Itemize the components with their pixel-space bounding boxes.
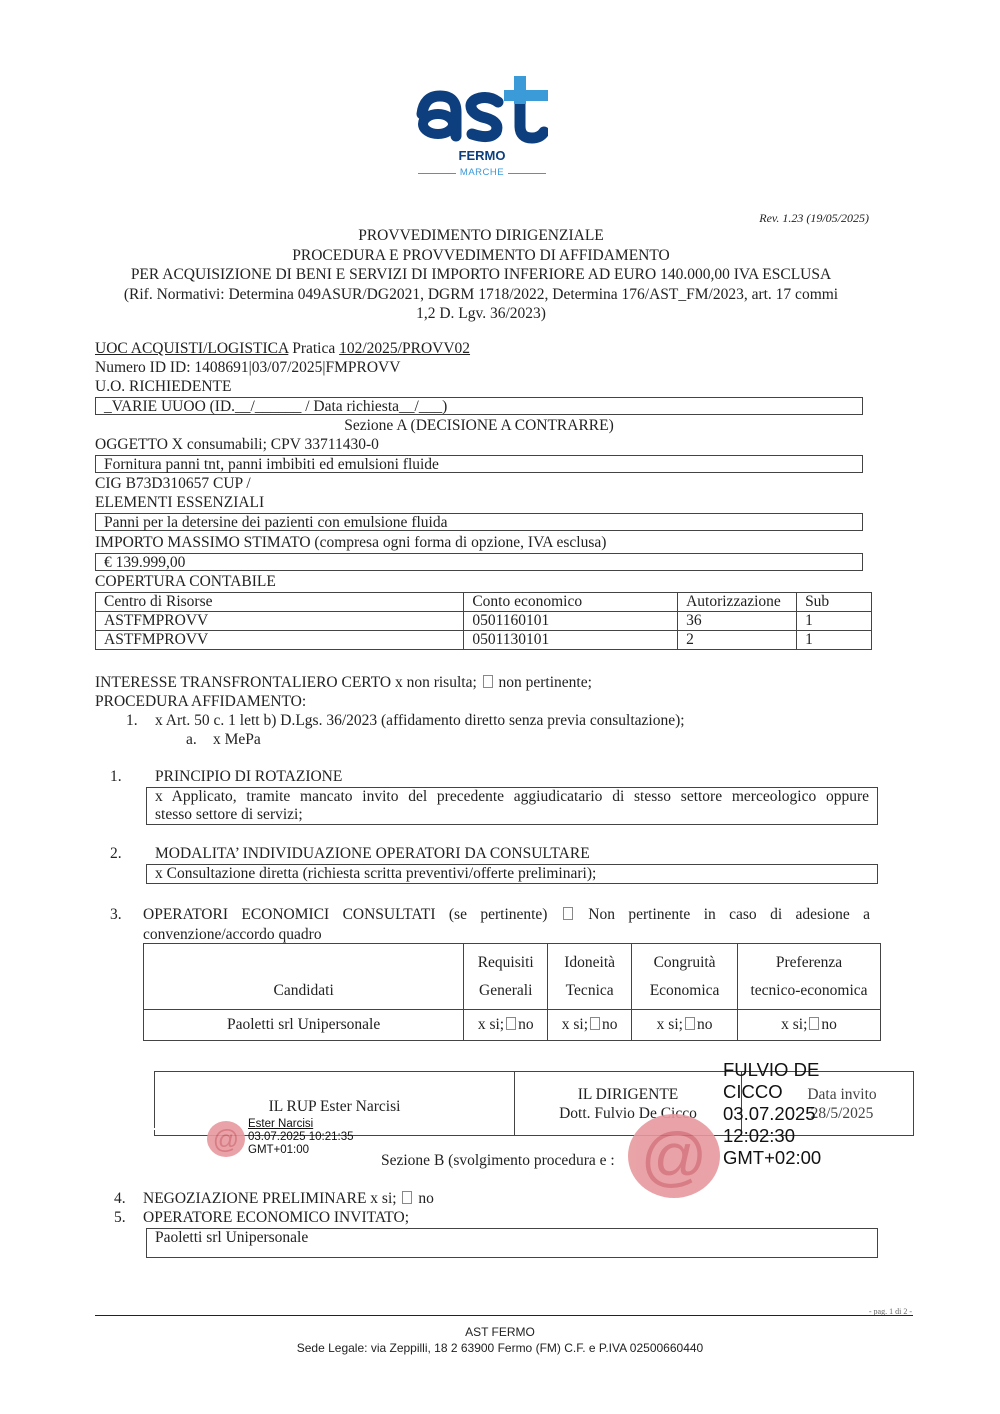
checkbox-icon <box>483 675 493 688</box>
uoc-pratica-line: UOC ACQUISTI/LOGISTICA Pratica 102/2025/… <box>95 340 470 358</box>
operatore-invitato-label: OPERATORE ECONOMICO INVITATO; <box>143 1209 409 1227</box>
pratica-label: Pratica <box>292 340 335 357</box>
checkbox-icon <box>402 1191 412 1204</box>
no-option: no <box>602 1016 618 1033</box>
rotazione-label: PRINCIPIO DI ROTAZIONE <box>155 768 342 786</box>
checkbox-icon <box>809 1017 819 1030</box>
cell: x si;no <box>632 1010 738 1041</box>
header-cell: Autorizzazione <box>678 593 797 612</box>
procedura-sub-num: a. <box>186 731 197 749</box>
cell: x si;no <box>464 1010 548 1041</box>
operatore-invitato-num: 5. <box>114 1209 126 1227</box>
negoziazione-text: NEGOZIAZIONE PRELIMINARE x si; <box>143 1190 397 1207</box>
header-text: Tecnica <box>556 977 623 1005</box>
candidato-cell: Paoletti srl Unipersonale <box>144 1010 464 1041</box>
footer-address: Sede Legale: via Zeppilli, 18 2 63900 Fe… <box>0 1340 1000 1356</box>
dirigente-title: IL DIRIGENTE <box>516 1085 740 1104</box>
rotazione-num: 1. <box>110 768 122 786</box>
uo-richiedente-label: U.O. RICHIEDENTE <box>95 378 231 396</box>
signature-timestamp: 03.07.2025 10:21:35 <box>248 1131 354 1144</box>
sezione-a-heading: Sezione A (DECISIONE A CONTRARRE) <box>95 417 863 435</box>
dirigente-digital-signature: FULVIO DE CICCO 03.07.2025 12:02:30 GMT+… <box>723 1059 821 1169</box>
title-line: PER ACQUISIZIONE DI BENI E SERVIZI DI IM… <box>95 265 867 285</box>
cell: ASTFMPROVV <box>96 612 464 631</box>
header-text: Requisiti <box>472 949 539 977</box>
cell: 1 <box>797 631 872 650</box>
checkbox-icon <box>506 1017 516 1030</box>
digital-seal-dirigente-icon: @ <box>628 1114 720 1198</box>
signer-name: Ester Narcisi <box>248 1118 354 1131</box>
rup-digital-signature: Ester Narcisi 03.07.2025 10:21:35 GMT+01… <box>248 1118 354 1157</box>
modalita-field: x Consultazione diretta (richiesta scrit… <box>146 864 878 884</box>
signature-date: 03.07.2025 <box>723 1103 821 1125</box>
cell: x si;no <box>738 1010 881 1041</box>
footer-divider <box>95 1315 913 1316</box>
cell: 1 <box>797 612 872 631</box>
negoziazione-option: no <box>418 1190 434 1207</box>
numero-id: Numero ID ID: 1408691|03/07/2025|FMPROVV <box>95 359 400 377</box>
logo-rule-right <box>508 173 546 174</box>
interesse-option: non pertinente; <box>499 674 592 691</box>
logo-city: FERMO <box>416 148 548 163</box>
title-line: 1,2 D. Lgv. 36/2023) <box>95 304 867 324</box>
checkbox-icon <box>685 1017 695 1030</box>
procedura-sub: x MePa <box>213 731 261 749</box>
operatori-label-text: OPERATORI ECONOMICI CONSULTATI (se perti… <box>143 906 547 923</box>
operatori-table: Candidati RequisitiGenerali IdoneitàTecn… <box>143 943 881 1041</box>
si-option: x si; <box>562 1016 588 1033</box>
cell: 0501130101 <box>464 631 678 650</box>
signature-time: 12:02:30 <box>723 1125 821 1147</box>
seal-symbol: @ <box>628 1114 720 1198</box>
oggetto-label: OGGETTO X consumabili; CPV 33711430-0 <box>95 436 379 454</box>
cell: 2 <box>678 631 797 650</box>
header-text: Idoneità <box>556 949 623 977</box>
no-option: no <box>697 1016 713 1033</box>
title-line: PROVVEDIMENTO DIRIGENZIALE <box>95 226 867 246</box>
negoziazione-num: 4. <box>114 1190 126 1208</box>
header-cell: Preferenzatecnico-economica <box>738 944 881 1010</box>
table-header-row: Candidati RequisitiGenerali IdoneitàTecn… <box>144 944 881 1010</box>
signer-name: CICCO <box>723 1081 821 1103</box>
modalita-num: 2. <box>110 845 122 863</box>
operatori-label-line2: convenzione/accordo quadro <box>143 926 322 944</box>
rotazione-text-2: stesso settore di servizi; <box>155 806 869 824</box>
digital-seal-rup-icon: @ <box>207 1121 245 1157</box>
header-cell: Candidati <box>144 944 464 1010</box>
si-option: x si; <box>657 1016 683 1033</box>
cig-line: CIG B73D310657 CUP / <box>95 475 251 493</box>
signature-timezone: GMT+02:00 <box>723 1147 821 1169</box>
operatori-label-suffix: Non pertinente in caso di adesione a <box>588 906 870 923</box>
procedura-item: x Art. 50 c. 1 lett b) D.Lgs. 36/2023 (a… <box>155 712 685 730</box>
cell: ASTFMPROVV <box>96 631 464 650</box>
no-option: no <box>821 1016 837 1033</box>
oggetto-field: Fornitura panni tnt, panni imbibiti ed e… <box>95 455 863 473</box>
header-text: Candidati <box>273 982 333 999</box>
header-text: Economica <box>640 977 729 1005</box>
checkbox-icon <box>563 907 573 920</box>
header-cell: Conto economico <box>464 593 678 612</box>
document-title: PROVVEDIMENTO DIRIGENZIALE PROCEDURA E P… <box>95 226 867 324</box>
table-row: ASTFMPROVV 0501160101 36 1 <box>96 612 872 631</box>
interesse-line: INTERESSE TRANSFRONTALIERO CERTO x non r… <box>95 674 592 692</box>
header-cell: Centro di Risorse <box>96 593 464 612</box>
table-gap <box>154 1128 204 1130</box>
header-cell: CongruitàEconomica <box>632 944 738 1010</box>
footer-org: AST FERMO <box>0 1324 1000 1340</box>
header-cell: Sub <box>797 593 872 612</box>
importo-field: € 139.999,00 <box>95 553 863 571</box>
si-option: x si; <box>478 1016 504 1033</box>
procedura-label: PROCEDURA AFFIDAMENTO: <box>95 693 306 711</box>
procedura-item-num: 1. <box>126 712 138 730</box>
header-text: tecnico-economica <box>746 977 872 1005</box>
header-text: Congruità <box>640 949 729 977</box>
si-option: x si; <box>781 1016 807 1033</box>
title-line: PROCEDURA E PROVVEDIMENTO DI AFFIDAMENTO <box>95 246 867 266</box>
operatori-label: OPERATORI ECONOMICI CONSULTATI (se perti… <box>143 906 870 924</box>
operatore-invitato-field: Paoletti srl Unipersonale <box>146 1228 878 1258</box>
ast-fermo-logo: FERMO MARCHE <box>416 76 548 182</box>
title-line: (Rif. Normativi: Determina 049ASUR/DG202… <box>95 285 867 305</box>
header-cell: RequisitiGenerali <box>464 944 548 1010</box>
uo-richiedente-field: _VARIE UUOO (ID.__/______ / Data richies… <box>95 397 863 415</box>
cell: x si;no <box>548 1010 632 1041</box>
rotazione-field: x Applicato, tramite mancato invito del … <box>146 787 878 825</box>
negoziazione-line: NEGOZIAZIONE PRELIMINARE x si; no <box>143 1190 434 1208</box>
checkbox-icon <box>590 1017 600 1030</box>
modalita-label: MODALITA’ INDIVIDUAZIONE OPERATORI DA CO… <box>155 845 590 863</box>
no-option: no <box>518 1016 534 1033</box>
importo-label: IMPORTO MASSIMO STIMATO (compresa ogni f… <box>95 534 606 552</box>
cell: 0501160101 <box>464 612 678 631</box>
sezione-b-heading: Sezione B (svolgimento procedura e : <box>381 1152 615 1170</box>
signer-name: FULVIO DE <box>723 1059 821 1081</box>
table-row: Paoletti srl Unipersonale x si;no x si;n… <box>144 1010 881 1041</box>
signature-timezone: GMT+01:00 <box>248 1144 354 1157</box>
table-row: ASTFMPROVV 0501130101 2 1 <box>96 631 872 650</box>
cell: 36 <box>678 612 797 631</box>
revision-label: Rev. 1.23 (19/05/2025) <box>759 211 869 226</box>
header-cell: IdoneitàTecnica <box>548 944 632 1010</box>
seal-symbol: @ <box>207 1121 245 1157</box>
header-text: Generali <box>472 977 539 1005</box>
copertura-label: COPERTURA CONTABILE <box>95 573 276 591</box>
elementi-label: ELEMENTI ESSENZIALI <box>95 494 264 512</box>
elementi-field: Panni per la detersine dei pazienti con … <box>95 513 863 531</box>
copertura-table: Centro di Risorse Conto economico Autori… <box>95 592 872 650</box>
ast-logo-icon <box>416 76 548 146</box>
interesse-text: INTERESSE TRANSFRONTALIERO CERTO x non r… <box>95 674 477 691</box>
header-text: Preferenza <box>746 949 872 977</box>
pratica-number: 102/2025/PROVV02 <box>339 340 470 357</box>
operatori-num: 3. <box>110 906 122 924</box>
table-header-row: Centro di Risorse Conto economico Autori… <box>96 593 872 612</box>
uoc-label: UOC ACQUISTI/LOGISTICA <box>95 340 288 357</box>
rotazione-text-1: x Applicato, tramite mancato invito del … <box>155 788 869 806</box>
